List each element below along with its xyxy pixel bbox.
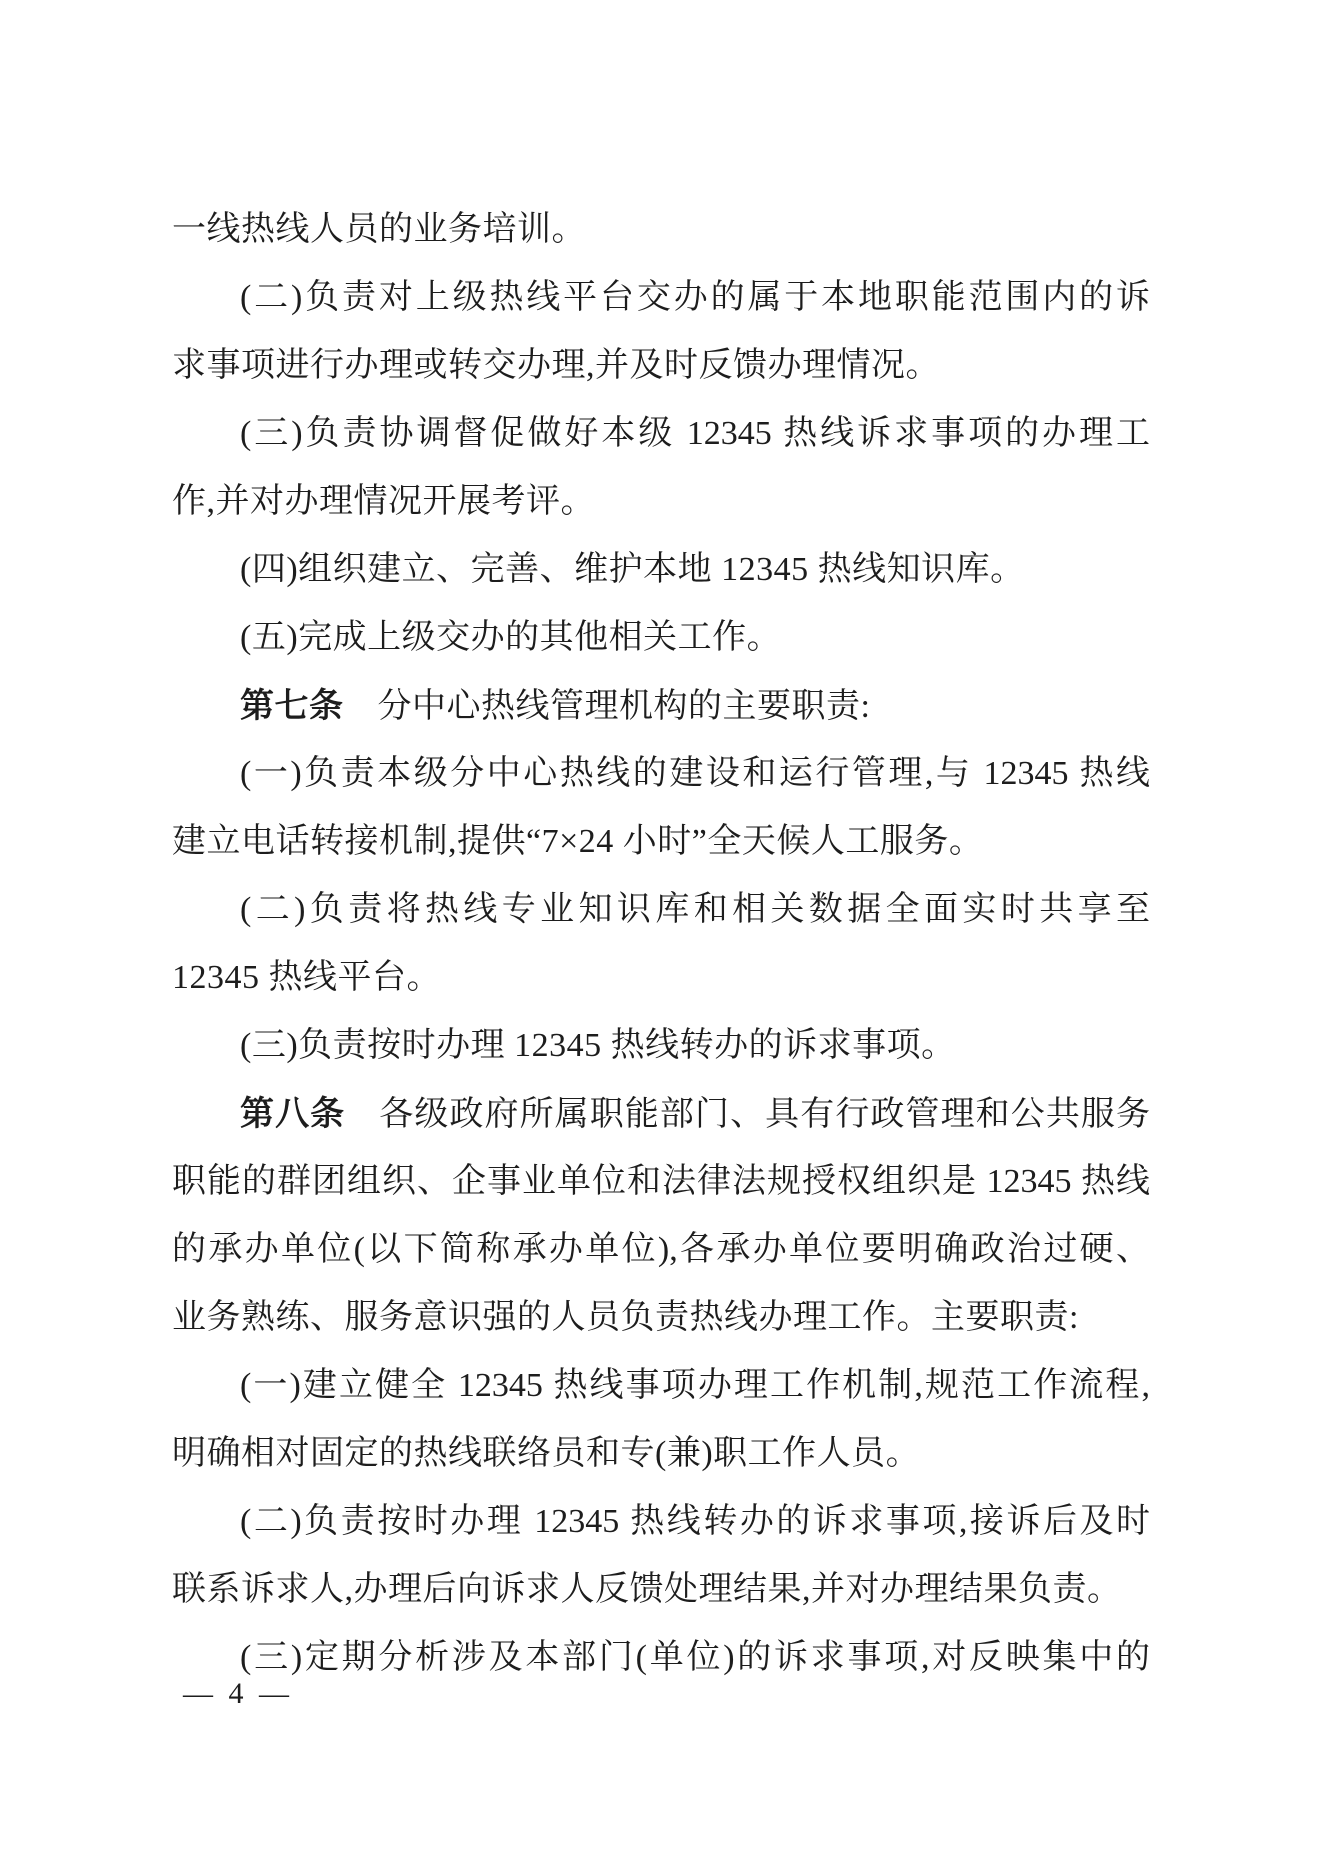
text-line: (一)负责本级分中心热线的建设和运行管理,与 12345 热线	[172, 740, 1150, 808]
text-line: (二)负责对上级热线平台交办的属于本地职能范围内的诉	[172, 264, 1150, 332]
page-number: — 4 —	[183, 1679, 293, 1709]
text-line: (四)组织建立、完善、维护本地 12345 热线知识库。	[172, 536, 1150, 604]
document-page: 一线热线人员的业务培训。 (二)负责对上级热线平台交办的属于本地职能范围内的诉 …	[0, 0, 1323, 1871]
text-line: 职能的群团组织、企事业单位和法律法规授权组织是 12345 热线	[172, 1148, 1150, 1216]
document-body-text: 一线热线人员的业务培训。 (二)负责对上级热线平台交办的属于本地职能范围内的诉 …	[172, 196, 1150, 1692]
article-number-label: 第七条	[240, 687, 344, 725]
text-line: 一线热线人员的业务培训。	[172, 196, 1150, 264]
text-line: 业务熟练、服务意识强的人员负责热线办理工作。主要职责:	[172, 1284, 1150, 1352]
text-line: 作,并对办理情况开展考评。	[172, 468, 1150, 536]
text-line-article-7: 第七条分中心热线管理机构的主要职责:	[172, 672, 1150, 740]
text-line: (一)建立健全 12345 热线事项办理工作机制,规范工作流程,	[172, 1352, 1150, 1420]
text-line: 12345 热线平台。	[172, 944, 1150, 1012]
text-line: 联系诉求人,办理后向诉求人反馈处理结果,并对办理结果负责。	[172, 1556, 1150, 1624]
text-line: 建立电话转接机制,提供“7×24 小时”全天候人工服务。	[172, 808, 1150, 876]
text-line: (二)负责将热线专业知识库和相关数据全面实时共享至	[172, 876, 1150, 944]
text-line-article-8: 第八条各级政府所属职能部门、具有行政管理和公共服务	[172, 1080, 1150, 1148]
text-line: 明确相对固定的热线联络员和专(兼)职工作人员。	[172, 1420, 1150, 1488]
line-text: 各级政府所属职能部门、具有行政管理和公共服务	[379, 1096, 1150, 1133]
text-line: 求事项进行办理或转交办理,并及时反馈办理情况。	[172, 332, 1150, 400]
line-text: 分中心热线管理机构的主要职责:	[378, 688, 871, 725]
text-line: (二)负责按时办理 12345 热线转办的诉求事项,接诉后及时	[172, 1488, 1150, 1556]
text-line: (三)负责协调督促做好本级 12345 热线诉求事项的办理工	[172, 400, 1150, 468]
text-line: (三)定期分析涉及本部门(单位)的诉求事项,对反映集中的	[172, 1624, 1150, 1692]
text-line: (三)负责按时办理 12345 热线转办的诉求事项。	[172, 1012, 1150, 1080]
text-line: (五)完成上级交办的其他相关工作。	[172, 604, 1150, 672]
text-line: 的承办单位(以下简称承办单位),各承办单位要明确政治过硬、	[172, 1216, 1150, 1284]
article-number-label: 第八条	[240, 1095, 345, 1133]
